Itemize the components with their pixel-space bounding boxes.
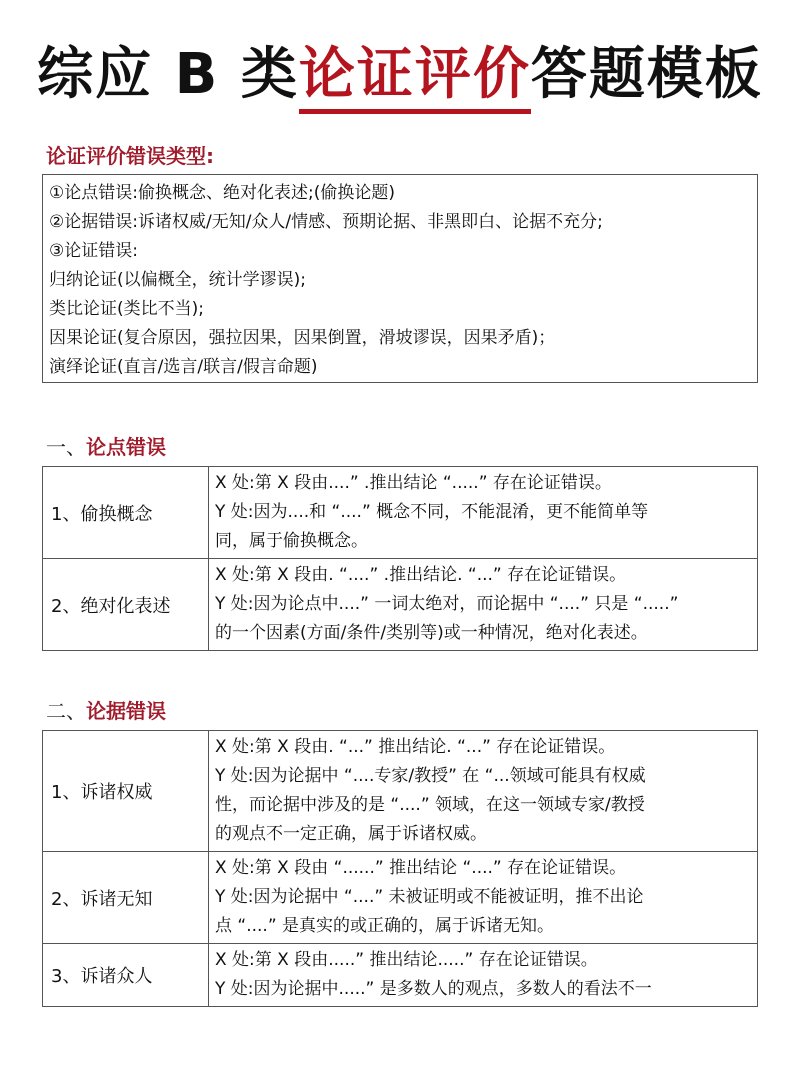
body-line: 性，而论据中涉及的是 “....” 领域，在这一领域专家/教授 [215,791,751,820]
section-number: 二、 [46,699,86,723]
table-row: 2、诉诸无知 X 处:第 X 段由 “......” 推出结论 “....” 存… [43,852,758,944]
body-line: 同，属于偷换概念。 [215,527,751,556]
section-title: 论据错误 [86,699,166,723]
body-line: 点 “....” 是真实的或正确的，属于诉诸无知。 [215,912,751,941]
title-prefix: 综应 B 类 [37,42,299,107]
row-label: 1、偷换概念 [43,467,209,559]
row-label: 2、诉诸无知 [43,852,209,944]
section-heading-evidence-errors: 二、论据错误 [46,698,166,724]
row-label: 3、诉诸众人 [43,944,209,1007]
row-body: X 处:第 X 段由. “....” .推出结论. “...” 存在论证错误。 … [209,559,758,651]
body-line: X 处:第 X 段由. “...” 推出结论. “...” 存在论证错误。 [215,733,751,762]
error-types-box: ①论点错误:偷换概念、绝对化表述;(偷换论题) ②论据错误:诉诸权威/无知/众人… [42,174,758,383]
body-line: X 处:第 X 段由....” .推出结论 “.....” 存在论证错误。 [215,469,751,498]
error-type-line: ②论据错误:诉诸权威/无知/众人/情感、预期论据、非黑即白、论据不充分; [49,208,751,237]
body-line: Y 处:因为论据中 “....” 未被证明或不能被证明，推不出论 [215,883,751,912]
row-body: X 处:第 X 段由....” .推出结论 “.....” 存在论证错误。 Y … [209,467,758,559]
body-line: X 处:第 X 段由 “......” 推出结论 “....” 存在论证错误。 [215,854,751,883]
body-line: X 处:第 X 段由. “....” .推出结论. “...” 存在论证错误。 [215,561,751,590]
body-line: 的观点不一定正确，属于诉诸权威。 [215,820,751,849]
title-suffix: 答题模板 [531,42,763,107]
evidence-errors-table: 1、诉诸权威 X 处:第 X 段由. “...” 推出结论. “...” 存在论… [42,730,758,1007]
row-body: X 处:第 X 段由.....” 推出结论.....” 存在论证错误。 Y 处:… [209,944,758,1007]
body-line: X 处:第 X 段由.....” 推出结论.....” 存在论证错误。 [215,946,751,975]
section-title: 论点错误 [86,435,166,459]
body-line: 的一个因素(方面/条件/类别等)或一种情况，绝对化表述。 [215,619,751,648]
section-number: 一、 [46,435,86,459]
row-body: X 处:第 X 段由. “...” 推出结论. “...” 存在论证错误。 Y … [209,731,758,852]
row-body: X 处:第 X 段由 “......” 推出结论 “....” 存在论证错误。 … [209,852,758,944]
error-type-line: ①论点错误:偷换概念、绝对化表述;(偷换论题) [49,179,751,208]
body-line: Y 处:因为....和 “....” 概念不同，不能混淆，更不能简单等 [215,498,751,527]
error-type-line: 演绎论证(直言/选言/联言/假言命题) [49,353,751,382]
table-row: 1、诉诸权威 X 处:第 X 段由. “...” 推出结论. “...” 存在论… [43,731,758,852]
title-highlight: 论证评价 [299,42,531,114]
page-title: 综应 B 类论证评价答题模板 [0,40,800,110]
thesis-errors-table: 1、偷换概念 X 处:第 X 段由....” .推出结论 “.....” 存在论… [42,466,758,651]
body-line: Y 处:因为论据中 “....专家/教授” 在 “...领域可能具有权威 [215,762,751,791]
table-row: 1、偷换概念 X 处:第 X 段由....” .推出结论 “.....” 存在论… [43,467,758,559]
table-row: 2、绝对化表述 X 处:第 X 段由. “....” .推出结论. “...” … [43,559,758,651]
body-line: Y 处:因为论据中.....” 是多数人的观点，多数人的看法不一 [215,975,751,1004]
error-types-heading: 论证评价错误类型: [46,143,214,169]
section-heading-thesis-errors: 一、论点错误 [46,434,166,460]
error-type-line: 归纳论证(以偏概全，统计学谬误); [49,266,751,295]
row-label: 2、绝对化表述 [43,559,209,651]
error-type-line: ③论证错误: [49,237,751,266]
error-type-line: 因果论证(复合原因，强拉因果，因果倒置，滑坡谬误，因果矛盾)； [49,324,751,353]
table-row: 3、诉诸众人 X 处:第 X 段由.....” 推出结论.....” 存在论证错… [43,944,758,1007]
body-line: Y 处:因为论点中....” 一词太绝对，而论据中 “....” 只是 “...… [215,590,751,619]
row-label: 1、诉诸权威 [43,731,209,852]
error-type-line: 类比论证(类比不当); [49,295,751,324]
